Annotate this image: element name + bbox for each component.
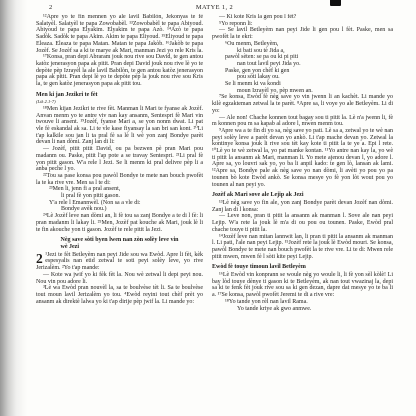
poetry-line: ¹⁸Yo tande yon rèl nan lavil Rama. (212, 299, 393, 306)
section-heading: Nèg save sòti byen lwen nan zòn solèy le… (61, 237, 179, 250)
verse-paragraph: ¹²Apre yo te fin mennen yo ale lavil Bab… (36, 14, 203, 54)
verse-paragraph: ²²Tou sa pase konsa pou pawòl Bondye te … (36, 173, 203, 186)
bible-page-scan: 2 MATYE 1, 2 ¹²Apre yo te fin mennen yo … (0, 0, 416, 416)
verse-paragraph: ¹⁸Men kijan Jezikri te rive fèt. Manman … (36, 106, 203, 146)
verse-paragraph: ¹⁴Jozèf leve nan mitan lannwit lan, li p… (212, 234, 393, 261)
verse-paragraph: ¹⁷Konsa, pran depi Abraram jouk nou rive… (36, 54, 203, 88)
verse-paragraph: ⁹Apre wa a te fin di yo sa, nèg save yo … (212, 128, 393, 188)
text-columns: ¹²Apre yo te fin mennen yo ale lavil Bab… (36, 14, 393, 406)
book-gutter-shadow (0, 0, 27, 416)
poetry-line: Yo tande kriye ak gwo anmwe. (212, 306, 393, 313)
verse-paragraph: ¹³Lè nèg save yo fin ale, yon zanj Bondy… (212, 200, 393, 213)
section-heading: Men ki jan Jezikri te fèt (36, 92, 203, 99)
dialogue-paragraph: — Leve non, pran ti pitit la ansanm ak m… (212, 213, 393, 233)
chapter-opening-paragraph: 2¹Jezi te fèt Betleyèm nan peyi Jide sou… (36, 252, 203, 272)
dialogue-paragraph: — Jozèf, pitit pitit David, ou pa bezwen… (36, 146, 203, 173)
poetry-line: Paske, gen yon chèf ki gen (212, 68, 393, 75)
poetry-line: ⁶Ou menm, Betleyèm, (212, 41, 393, 48)
left-column: ¹²Apre yo te fin mennen yo ale lavil Bab… (36, 14, 203, 406)
running-title: MATYE 1, 2 (36, 3, 393, 12)
dialogue-paragraph: — Ale non! Chache konnen tout bagay sou … (212, 115, 393, 128)
verse-paragraph: ³Lè wa Ewòd pran nouvèl la, sa te boulvè… (36, 285, 203, 305)
dialogue-paragraph: — Kote wa jwif yo ki fèk fèt la. Nou wè … (36, 272, 203, 285)
poetry-line: nan tout lavil peyi Jida yo. (212, 61, 393, 68)
poetry-line: li pral fè yon pitit gason. (36, 193, 203, 200)
parallel-reference: (Lik 2.1-7) (36, 99, 203, 105)
verse-text: ¹Jezi te fèt Betleyèm nan peyi Jide sou … (36, 252, 203, 271)
poetry-line: pawòl sèten: se pa ou ki pi piti (212, 54, 393, 61)
verse-paragraph: ⁷Se konsa, Ewòd fè nèg save yo vin jwenn… (212, 94, 393, 114)
poetry-line: Se li menm ki va kondi (212, 81, 393, 88)
section-heading: Jozèf ak Mari sove ale Lejip ak Jezi (212, 192, 393, 199)
verse-paragraph: ²⁴Lè Jozèf leve nan dòmi an, li fè tou s… (36, 213, 203, 233)
dialogue-paragraph: — Se lavil Betleyèm nan peyi Jide li gen… (212, 27, 393, 40)
right-column: — Ki kote Kris la gen pou l fèt? ⁵Yo rep… (212, 14, 393, 406)
poetry-line: pou sòti lakay ou. (212, 74, 393, 81)
poetry-line: ki bati sou tè Jida a, (212, 48, 393, 55)
page-number: 2 (49, 3, 53, 12)
dialogue-paragraph: — Ki kote Kris la gen pou l fèt? (212, 14, 393, 21)
verse-paragraph: ¹⁶Lè Ewòd vin konprann se woule nèg yo w… (212, 272, 393, 299)
page-header: 2 MATYE 1, 2 (36, 3, 393, 12)
chapter-number-dropcap: 2 (36, 252, 45, 265)
section-heading: Ewòd fè touye timoun lavil Betleyèm (212, 264, 393, 271)
